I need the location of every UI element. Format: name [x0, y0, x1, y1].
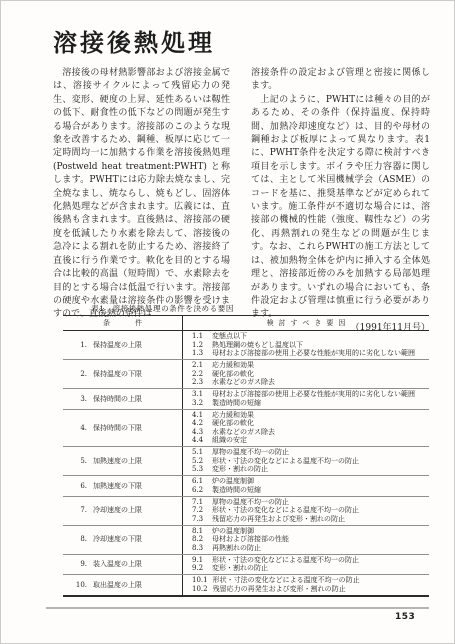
condition-number: 8. — [74, 535, 87, 544]
table-header-condition: 条 件 — [63, 316, 183, 330]
factor-line: 1.1 変態点以下 — [192, 332, 427, 341]
condition-number: 3. — [74, 395, 87, 404]
factor-text: 製造時間の短縮 — [212, 399, 427, 408]
factor-number: 4.1 — [192, 411, 207, 420]
factors-cell: 9.1 形状・寸法の変化などによる温度不均一の防止 9.2 変形・割れの防止 — [183, 555, 429, 575]
factor-text: 水素などのガス除去 — [212, 378, 427, 387]
factor-line: 6.2 製造時間の短縮 — [192, 486, 427, 495]
condition-label: 加熱速度の下限 — [93, 482, 142, 491]
factors-cell: 7.1 厚物の温度不均一の防止 7.2 形状・寸法の変化などによる温度不均一の防… — [183, 497, 429, 525]
condition-label: 冷却速度の上限 — [93, 506, 142, 515]
table-header-row: 条 件 検討すべき要因 — [63, 316, 429, 331]
factor-line: 7.2 形状・寸法の変化などによる温度不均一の防止 — [192, 506, 427, 515]
factor-text: 応力緩和効果 — [212, 411, 427, 420]
condition-label: 取出温度の上限 — [93, 581, 142, 590]
factors-cell: 10.1 形状・寸法の変化などによる温度不均一の防止 10.2 残留応力の再発生… — [183, 575, 429, 595]
article-body: 溶接後の母材熱影響部および溶接金属では、溶接サイクルによって残留応力の発生、変形… — [53, 67, 430, 335]
factor-line: 10.1 形状・寸法の変化などによる温度不均一の防止 — [192, 576, 427, 585]
factor-text: 母材および溶接部の使用上必要な性能が実用的に劣化しない範囲 — [212, 390, 427, 399]
document-page: 溶接後熱処理 溶接後の母材熱影響部および溶接金属では、溶接サイクルによって残留応… — [0, 0, 455, 644]
condition-cell: 5. 加熱速度の上限 — [63, 447, 183, 475]
factor-number: 1.3 — [192, 349, 207, 358]
page-title: 溶接後熱処理 — [53, 23, 215, 58]
pwht-conditions-table: 条 件 検討すべき要因 1. 保持温度の上限 1.1 変態点以下 1.2 熱処理… — [63, 315, 429, 597]
factor-text: 変態点以下 — [212, 332, 427, 341]
factor-text: 炉の温度制御 — [212, 477, 427, 486]
factor-number: 8.1 — [192, 527, 207, 536]
factor-line: 2.3 水素などのガス除去 — [192, 378, 427, 387]
factor-line: 4.4 組織の安定 — [192, 436, 427, 445]
factor-number: 8.3 — [192, 544, 207, 553]
table-row: 9. 装入温度の上限 9.1 形状・寸法の変化などによる温度不均一の防止 9.2… — [63, 554, 429, 575]
factor-line: 1.3 母材および溶接部の使用上必要な性能が実用的に劣化しない範囲 — [192, 349, 427, 358]
factor-number: 3.1 — [192, 390, 207, 399]
factor-line: 3.1 母材および溶接部の使用上必要な性能が実用的に劣化しない範囲 — [192, 390, 427, 399]
footer-divider — [46, 607, 429, 609]
factor-text: 変形・割れの防止 — [212, 465, 427, 474]
factor-number: 4.2 — [192, 419, 207, 428]
table-row: 4. 保持時間の下限 4.1 応力緩和効果 4.2 硬化部の軟化 4.3 水素な… — [63, 409, 429, 447]
factor-line: 3.2 製造時間の短縮 — [192, 399, 427, 408]
condition-label: 加熱速度の上限 — [93, 457, 142, 466]
condition-number: 6. — [74, 482, 87, 491]
factor-number: 9.2 — [192, 564, 207, 573]
factor-number: 2.3 — [192, 378, 207, 387]
factor-text: 厚物の温度不均一の防止 — [212, 448, 427, 457]
factor-number: 1.1 — [192, 332, 207, 341]
factor-text: 組織の安定 — [212, 436, 427, 445]
factor-line: 10.2 残留応力の再発生および変形・割れの防止 — [192, 585, 427, 594]
condition-number: 7. — [74, 506, 87, 515]
table-row: 6. 加熱速度の下限 6.1 炉の温度制御 6.2 製造時間の短縮 — [63, 475, 429, 496]
factor-text: 製造時間の短縮 — [212, 486, 427, 495]
factors-cell: 5.1 厚物の温度不均一の防止 5.2 形状・寸法の変化などによる温度不均一の防… — [183, 447, 429, 475]
factors-cell: 2.1 応力緩和効果 2.2 硬化部の軟化 2.3 水素などのガス除去 — [183, 360, 429, 388]
factor-text: 形状・寸法の変化などによる温度不均一の防止 — [212, 506, 427, 515]
factors-cell: 4.1 応力緩和効果 4.2 硬化部の軟化 4.3 水素などのガス除去 4.4 … — [183, 410, 429, 447]
factor-line: 8.2 母材および溶接部の性能 — [192, 535, 427, 544]
condition-number: 4. — [74, 424, 87, 433]
table-row: 7. 冷却速度の上限 7.1 厚物の温度不均一の防止 7.2 形状・寸法の変化な… — [63, 496, 429, 525]
factor-line: 2.1 応力緩和効果 — [192, 361, 427, 370]
factor-text: 再熱割れの防止 — [212, 544, 427, 553]
table-header-factors: 検討すべき要因 — [183, 316, 429, 330]
condition-number: 1. — [74, 341, 87, 350]
table-row: 2. 保持温度の下限 2.1 応力緩和効果 2.2 硬化部の軟化 2.3 水素な… — [63, 359, 429, 388]
factor-number: 7.3 — [192, 515, 207, 524]
factor-number: 8.2 — [192, 535, 207, 544]
factor-line: 5.3 変形・割れの防止 — [192, 465, 427, 474]
factors-cell: 8.1 炉の温度制御 8.2 母材および溶接部の性能 8.3 再熱割れの防止 — [183, 526, 429, 554]
factor-line: 9.2 変形・割れの防止 — [192, 564, 427, 573]
table-row: 10. 取出温度の上限 10.1 形状・寸法の変化などによる温度不均一の防止 1… — [63, 574, 429, 595]
factor-text: 残留応力の再発生および変形・割れの防止 — [213, 585, 427, 594]
page-number: 153 — [395, 612, 415, 622]
factor-line: 4.1 応力緩和効果 — [192, 411, 427, 420]
condition-label: 保持温度の上限 — [93, 341, 142, 350]
paragraph-intro: 溶接後の母材熱影響部および溶接金属では、溶接サイクルによって残留応力の発生、変形… — [53, 67, 230, 322]
factor-text: 形状・寸法の変化などによる温度不均一の防止 — [213, 576, 427, 585]
condition-cell: 3. 保持時間の上限 — [63, 389, 183, 409]
factor-line: 4.3 水素などのガス除去 — [192, 428, 427, 437]
factor-text: 厚物の温度不均一の防止 — [212, 498, 427, 507]
factor-text: 変形・割れの防止 — [212, 564, 427, 573]
factor-number: 6.2 — [192, 486, 207, 495]
factors-cell: 6.1 炉の温度制御 6.2 製造時間の短縮 — [183, 476, 429, 496]
condition-number: 10. — [74, 581, 87, 590]
factor-number: 10.1 — [192, 576, 208, 585]
paragraph-continuation: 溶接条件の設定および管理と密接に関係します。 — [251, 67, 430, 94]
table-row: 8. 冷却速度の下限 8.1 炉の温度制御 8.2 母材および溶接部の性能 8.… — [63, 525, 429, 554]
table-row: 3. 保持時間の上限 3.1 母材および溶接部の使用上必要な性能が実用的に劣化し… — [63, 388, 429, 409]
condition-label: 保持時間の下限 — [93, 424, 142, 433]
factors-cell: 3.1 母材および溶接部の使用上必要な性能が実用的に劣化しない範囲 3.2 製造… — [183, 389, 429, 409]
factor-line: 6.1 炉の温度制御 — [192, 477, 427, 486]
factor-number: 2.1 — [192, 361, 207, 370]
factor-text: 熱処理鋼の焼もどし温度以下 — [212, 341, 427, 350]
condition-label: 装入温度の上限 — [93, 560, 142, 569]
factor-line: 5.2 形状・寸法の変化などによる温度不均一の防止 — [192, 457, 427, 466]
condition-number: 5. — [74, 457, 87, 466]
factor-line: 7.3 残留応力の再発生および変形・割れの防止 — [192, 515, 427, 524]
condition-number: 9. — [74, 560, 87, 569]
factor-text: 母材および溶接部の性能 — [212, 535, 427, 544]
factor-number: 4.3 — [192, 428, 207, 437]
factor-number: 6.1 — [192, 477, 207, 486]
factors-cell: 1.1 変態点以下 1.2 熱処理鋼の焼もどし温度以下 1.3 母材および溶接部… — [183, 331, 429, 359]
condition-cell: 8. 冷却速度の下限 — [63, 526, 183, 554]
factor-number: 1.2 — [192, 341, 207, 350]
condition-cell: 7. 冷却速度の上限 — [63, 497, 183, 525]
table-row: 5. 加熱速度の上限 5.1 厚物の温度不均一の防止 5.2 形状・寸法の変化な… — [63, 446, 429, 475]
factor-number: 9.1 — [192, 556, 207, 565]
table-row: 1. 保持温度の上限 1.1 変態点以下 1.2 熱処理鋼の焼もどし温度以下 1… — [63, 331, 429, 359]
factor-number: 10.2 — [192, 585, 208, 594]
factor-text: 応力緩和効果 — [212, 361, 427, 370]
factor-text: 形状・寸法の変化などによる温度不均一の防止 — [212, 556, 427, 565]
factor-line: 4.2 硬化部の軟化 — [192, 419, 427, 428]
factor-text: 硬化部の軟化 — [212, 370, 427, 379]
factor-text: 母材および溶接部の使用上必要な性能が実用的に劣化しない範囲 — [212, 349, 427, 358]
factor-line: 8.1 炉の温度制御 — [192, 527, 427, 536]
condition-label: 冷却速度の下限 — [93, 535, 142, 544]
factor-number: 3.2 — [192, 399, 207, 408]
condition-cell: 10. 取出温度の上限 — [63, 575, 183, 595]
table-caption: 表1 溶接後熱処理の条件を決める要因 — [91, 303, 234, 314]
condition-cell: 4. 保持時間の下限 — [63, 410, 183, 447]
condition-cell: 6. 加熱速度の下限 — [63, 476, 183, 496]
factor-line: 2.2 硬化部の軟化 — [192, 370, 427, 379]
factor-number: 7.1 — [192, 498, 207, 507]
factor-line: 9.1 形状・寸法の変化などによる温度不均一の防止 — [192, 556, 427, 565]
condition-label: 保持温度の下限 — [93, 370, 142, 379]
condition-cell: 1. 保持温度の上限 — [63, 331, 183, 359]
factor-text: 炉の温度制御 — [212, 527, 427, 536]
factor-line: 8.3 再熱割れの防止 — [192, 544, 427, 553]
condition-cell: 2. 保持温度の下限 — [63, 360, 183, 388]
factor-text: 水素などのガス除去 — [212, 428, 427, 437]
condition-label: 保持時間の上限 — [93, 395, 142, 404]
condition-number: 2. — [74, 370, 87, 379]
factor-line: 1.2 熱処理鋼の焼もどし温度以下 — [192, 341, 427, 350]
table-body: 1. 保持温度の上限 1.1 変態点以下 1.2 熱処理鋼の焼もどし温度以下 1… — [63, 331, 429, 595]
factor-number: 7.2 — [192, 506, 207, 515]
factor-text: 残留応力の再発生および変形・割れの防止 — [212, 515, 427, 524]
factor-number: 5.2 — [192, 457, 207, 466]
factor-text: 硬化部の軟化 — [212, 419, 427, 428]
article-right-column: 溶接条件の設定および管理と密接に関係します。 上記のように、PWHTには種々の目… — [251, 67, 430, 335]
article-left-column: 溶接後の母材熱影響部および溶接金属では、溶接サイクルによって残留応力の発生、変形… — [53, 67, 230, 335]
paragraph-conditions: 上記のように、PWHTには種々の目的があるため、その条件（保持温度、保持時間、加… — [251, 94, 430, 322]
factor-number: 5.1 — [192, 448, 207, 457]
factor-number: 2.2 — [192, 370, 207, 379]
factor-line: 5.1 厚物の温度不均一の防止 — [192, 448, 427, 457]
factor-number: 5.3 — [192, 465, 207, 474]
factor-text: 形状・寸法の変化などによる温度不均一の防止 — [212, 457, 427, 466]
factor-line: 7.1 厚物の温度不均一の防止 — [192, 498, 427, 507]
factor-number: 4.4 — [192, 436, 207, 445]
condition-cell: 9. 装入温度の上限 — [63, 555, 183, 575]
